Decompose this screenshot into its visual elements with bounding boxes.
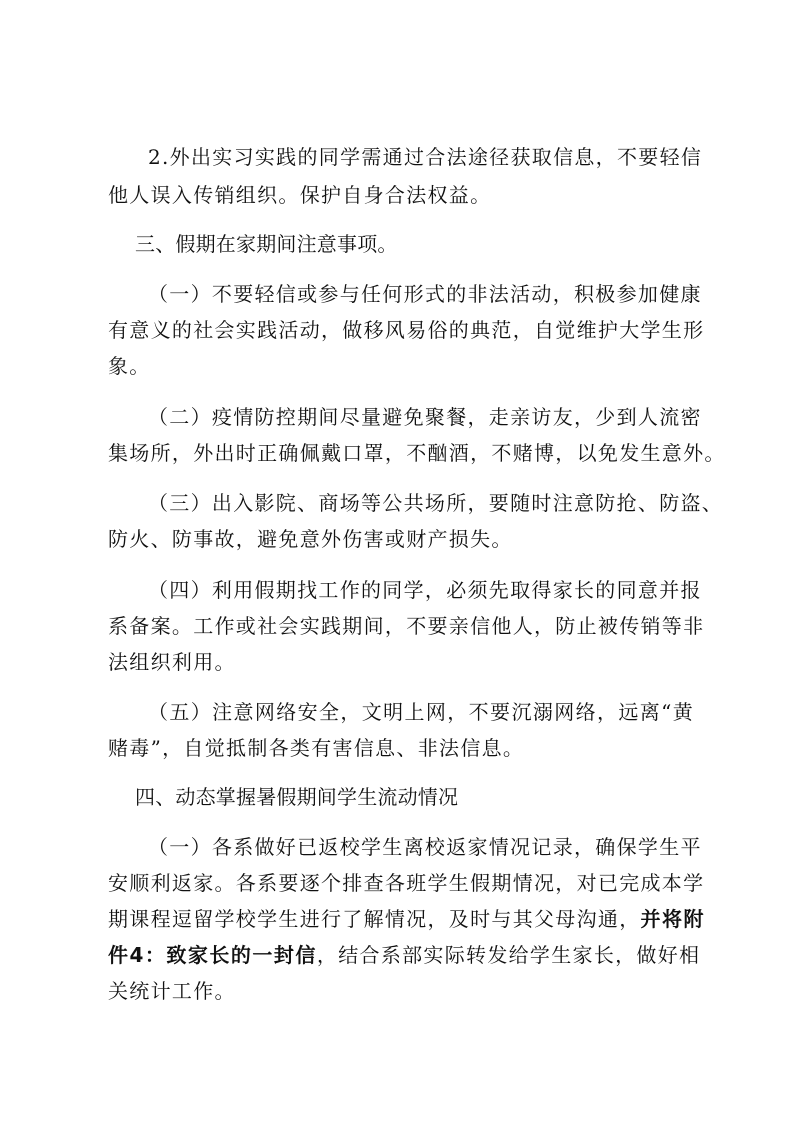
paragraph-line: （一）各系做好已返校学生离校返家情况记录，确保学生平 [148,835,694,859]
paragraph-line: （三）出入影院、商场等公共场所，要随时注意防抢、防盗、 [148,491,694,515]
paragraph-line: （五）注意网络安全，文明上网，不要沉溺网络，远离“黄 [148,700,694,724]
bold-attachment-reference: 件4：致家长的一封信 [108,943,317,967]
document-page: 2.外出实习实践的同学需通过合法途径获取信息，不要轻信 他人误入传销组织。保护自… [0,0,793,1122]
section-heading-3: 三、假期在家期间注意事项。 [135,232,721,256]
paragraph-line: 赌毒”，自觉抵制各类有害信息、非法信息。 [108,736,694,760]
paragraph-line: 期课程逗留学校学生进行了解情况，及时与其父母沟通，并将附 [108,907,694,931]
paragraph-line: 系备案。工作或社会实践期间，不要亲信他人，防止被传销等非 [108,614,694,638]
paragraph-line: （四）利用假期找工作的同学，必须先取得家长的同意并报 [148,578,694,602]
paragraph-text: 期课程逗留学校学生进行了解情况，及时与其父母沟通， [108,907,641,931]
paragraph-line: 有意义的社会实践活动，做移风易俗的典范，自觉维护大学生形 [108,318,694,342]
paragraph-line: 安顺利返家。各系要逐个排查各班学生假期情况，对已完成本学 [108,871,694,895]
paragraph-line: （二）疫情防控期间尽量避免聚餐，走亲访友，少到人流密 [148,405,694,429]
paragraph-line: 法组织利用。 [108,650,694,674]
bold-attachment-reference: 并将附 [641,907,706,931]
paragraph-text: ，结合系部实际转发给学生家长，做好相 [317,943,700,967]
paragraph-line: 他人误入传销组织。保护自身合法权益。 [108,183,694,207]
paragraph-line: 件4：致家长的一封信，结合系部实际转发给学生家长，做好相 [108,943,694,967]
paragraph-line: 2.外出实习实践的同学需通过合法途径获取信息，不要轻信 [148,145,694,169]
paragraph-line: 象。 [108,354,694,378]
paragraph-line: （一）不要轻信或参与任何形式的非法活动，积极参加健康 [148,282,694,306]
paragraph-line: 防火、防事故，避免意外伤害或财产损失。 [108,527,694,551]
paragraph-line: 集场所，外出时正确佩戴口罩，不酗酒，不赌博，以免发生意外。 [108,441,694,465]
paragraph-line: 关统计工作。 [108,979,694,1003]
section-heading-4: 四、动态掌握暑假期间学生流动情况 [135,785,721,809]
